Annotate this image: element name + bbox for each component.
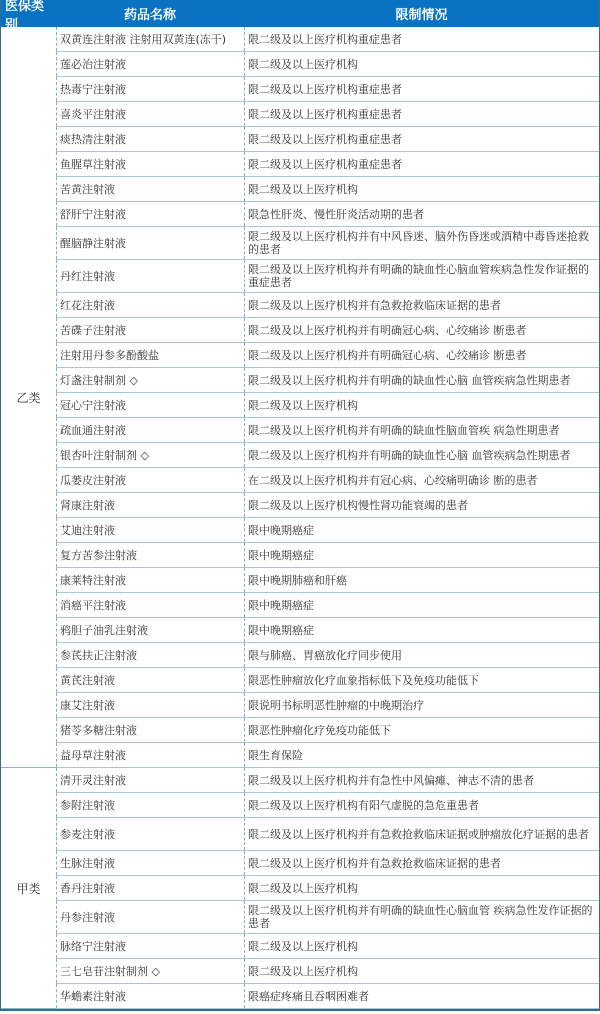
restriction-cell: 限中晚期癌症 [244,618,599,642]
table-body: 乙类甲类双黄连注射液 注射用双黄连(冻干)限二级及以上医疗机构重症患者莲必治注射… [1,27,599,1009]
restriction-cell: 限癌症疼痛且吞咽困难者 [244,984,599,1008]
table-row: 益母草注射液限生育保险 [56,743,599,768]
restriction-cell: 限中晚期癌症 [244,593,599,617]
drug-name-cell: 参附注射液 [56,793,244,817]
drug-name-cell: 康莱特注射液 [56,568,244,592]
table-row: 热毒宁注射液限二级及以上医疗机构重症患者 [56,77,599,102]
restriction-cell: 限二级及以上医疗机构 [244,959,599,983]
header-drug-name: 药品名称 [56,4,244,23]
drug-name-cell: 舒肝宁注射液 [56,202,244,226]
restriction-cell: 限二级及以上医疗机构并有急救抢救临床证据的患者 [244,851,599,875]
table-row: 华蟾素注射液限癌症疼痛且吞咽困难者 [56,984,599,1009]
table-row: 苦黄注射液限二级及以上医疗机构 [56,177,599,202]
table-row: 猪苓多糖注射液限恶性肿瘤化疗免疫功能低下 [56,718,599,743]
table-row: 康莱特注射液限中晚期肺癌和肝癌 [56,568,599,593]
drug-name-cell: 醒脑静注射液 [56,227,244,259]
table-row: 三七皂苷注射制剂 ◇限二级及以上医疗机构 [56,959,599,984]
drug-name-cell: 生脉注射液 [56,851,244,875]
table-row: 脉络宁注射液限二级及以上医疗机构 [56,934,599,959]
table-header: 医保类别 药品名称 限制情况 [1,0,599,27]
drug-name-cell: 参麦注射液 [56,818,244,850]
category-cell: 乙类 [1,27,56,768]
restriction-cell: 限二级及以上医疗机构并有急救抢救临床证据或肿瘤放化疗证据的患者 [244,818,599,850]
drug-name-cell: 肾康注射液 [56,493,244,517]
drug-name-cell: 热毒宁注射液 [56,77,244,101]
restriction-cell: 限中晚期肺癌和肝癌 [244,568,599,592]
drug-name-cell: 清开灵注射液 [56,768,244,792]
drug-restriction-table: 医保类别 药品名称 限制情况 乙类甲类双黄连注射液 注射用双黄连(冻干)限二级及… [0,0,600,1011]
restriction-cell: 限二级及以上医疗机构并有明确的缺血性心脑血管 疾病急性发作证据的患者 [244,901,599,933]
restriction-cell: 限二级及以上医疗机构 [244,52,599,76]
restriction-cell: 限二级及以上医疗机构 [244,934,599,958]
table-row: 参芪扶正注射液限与肺癌、胃癌放化疗同步使用 [56,643,599,668]
drug-name-cell: 康艾注射液 [56,693,244,717]
table-row: 痰热清注射液限二级及以上医疗机构重症患者 [56,127,599,152]
restriction-cell: 在二级及以上医疗机构并有冠心病、心绞痛明确诊 断的患者 [244,468,599,492]
table-row: 银杏叶注射制剂 ◇限二级及以上医疗机构并有明确的缺血性心脑 血管疾病急性期患者 [56,443,599,468]
table-row: 莲必治注射液限二级及以上医疗机构 [56,52,599,77]
header-restriction: 限制情况 [244,4,599,23]
restriction-cell: 限说明书标明恶性肿瘤的中晚期治疗 [244,693,599,717]
restriction-cell: 限二级及以上医疗机构并有明确的缺血性心脑 血管疾病急性期患者 [244,368,599,392]
table-row: 消癌平注射液限中晚期癌症 [56,593,599,618]
table-row: 苦碟子注射液限二级及以上医疗机构并有明确冠心病、心绞痛诊 断患者 [56,318,599,343]
restriction-cell: 限二级及以上医疗机构并有明确冠心病、心绞痛诊 断患者 [244,343,599,367]
drug-name-cell: 丹参注射液 [56,901,244,933]
restriction-cell: 限二级及以上医疗机构并有明确冠心病、心绞痛诊 断患者 [244,318,599,342]
drug-name-cell: 鱼腥草注射液 [56,152,244,176]
table-row: 红花注射液限二级及以上医疗机构并有急救抢救临床证据的患者 [56,293,599,318]
restriction-cell: 限恶性肿瘤放化疗血象指标低下及免疫功能低下 [244,668,599,692]
restriction-cell: 限二级及以上医疗机构并有明确的缺血性心脑 血管疾病急性期患者 [244,443,599,467]
drug-name-cell: 喜炎平注射液 [56,102,244,126]
drug-name-cell: 注射用丹参多酚酸盐 [56,343,244,367]
table-row: 生脉注射液限二级及以上医疗机构并有急救抢救临床证据的患者 [56,851,599,876]
restriction-cell: 限中晚期癌症 [244,543,599,567]
drug-name-cell: 消癌平注射液 [56,593,244,617]
restriction-cell: 限二级及以上医疗机构并有明确的缺血性心脑血管疾病急性发作证据的重症患者 [244,260,599,292]
table-row: 舒肝宁注射液限急性肝炎、慢性肝炎活动期的患者 [56,202,599,227]
table-row: 醒脑静注射液限二级及以上医疗机构并有中风昏迷、脑外伤昏迷或酒精中毒昏迷抢救的患者 [56,227,599,260]
table-row: 冠心宁注射液限二级及以上医疗机构 [56,393,599,418]
table-row: 参附注射液限二级及以上医疗机构有阳气虚脱的急危重患者 [56,793,599,818]
drug-name-cell: 益母草注射液 [56,743,244,767]
table-row: 双黄连注射液 注射用双黄连(冻干)限二级及以上医疗机构重症患者 [56,27,599,52]
drug-name-cell: 瓜蒌皮注射液 [56,468,244,492]
category-cell: 甲类 [1,768,56,1009]
drug-name-cell: 苦碟子注射液 [56,318,244,342]
table-row: 鸦胆子油乳注射液限中晚期癌症 [56,618,599,643]
drug-name-cell: 银杏叶注射制剂 ◇ [56,443,244,467]
table-row: 清开灵注射液限二级及以上医疗机构并有急性中风偏瘫、神志不清的患者 [56,768,599,793]
drug-name-cell: 双黄连注射液 注射用双黄连(冻干) [56,27,244,51]
rows-column: 双黄连注射液 注射用双黄连(冻干)限二级及以上医疗机构重症患者莲必治注射液限二级… [56,27,599,1009]
restriction-cell: 限二级及以上医疗机构重症患者 [244,152,599,176]
restriction-cell: 限二级及以上医疗机构 [244,393,599,417]
restriction-cell: 限生育保险 [244,743,599,767]
table-row: 鱼腥草注射液限二级及以上医疗机构重症患者 [56,152,599,177]
table-row: 疏血通注射液限二级及以上医疗机构并有明确的缺血性脑血管疾 病急性期患者 [56,418,599,443]
drug-name-cell: 疏血通注射液 [56,418,244,442]
drug-name-cell: 鸦胆子油乳注射液 [56,618,244,642]
table-row: 复方苦参注射液限中晚期癌症 [56,543,599,568]
table-row: 黄芪注射液限恶性肿瘤放化疗血象指标低下及免疫功能低下 [56,668,599,693]
drug-name-cell: 猪苓多糖注射液 [56,718,244,742]
table-row: 艾迪注射液限中晚期癌症 [56,518,599,543]
restriction-cell: 限二级及以上医疗机构并有急救抢救临床证据的患者 [244,293,599,317]
table-row: 香丹注射液限二级及以上医疗机构 [56,876,599,901]
table-row: 肾康注射液限二级及以上医疗机构慢性肾功能衰竭的患者 [56,493,599,518]
restriction-cell: 限急性肝炎、慢性肝炎活动期的患者 [244,202,599,226]
drug-name-cell: 苦黄注射液 [56,177,244,201]
table-row: 喜炎平注射液限二级及以上医疗机构重症患者 [56,102,599,127]
drug-name-cell: 香丹注射液 [56,876,244,900]
table-row: 瓜蒌皮注射液在二级及以上医疗机构并有冠心病、心绞痛明确诊 断的患者 [56,468,599,493]
restriction-cell: 限二级及以上医疗机构并有急性中风偏瘫、神志不清的患者 [244,768,599,792]
drug-name-cell: 莲必治注射液 [56,52,244,76]
restriction-cell: 限二级及以上医疗机构 [244,876,599,900]
drug-name-cell: 痰热清注射液 [56,127,244,151]
restriction-cell: 限二级及以上医疗机构并有中风昏迷、脑外伤昏迷或酒精中毒昏迷抢救的患者 [244,227,599,259]
table-row: 注射用丹参多酚酸盐限二级及以上医疗机构并有明确冠心病、心绞痛诊 断患者 [56,343,599,368]
restriction-cell: 限二级及以上医疗机构 [244,177,599,201]
restriction-cell: 限二级及以上医疗机构有阳气虚脱的急危重患者 [244,793,599,817]
restriction-cell: 限二级及以上医疗机构重症患者 [244,102,599,126]
restriction-cell: 限二级及以上医疗机构重症患者 [244,127,599,151]
restriction-cell: 限恶性肿瘤化疗免疫功能低下 [244,718,599,742]
table-row: 康艾注射液限说明书标明恶性肿瘤的中晚期治疗 [56,693,599,718]
drug-name-cell: 丹红注射液 [56,260,244,292]
drug-name-cell: 华蟾素注射液 [56,984,244,1008]
drug-name-cell: 黄芪注射液 [56,668,244,692]
drug-name-cell: 灯盏注射制剂 ◇ [56,368,244,392]
drug-name-cell: 三七皂苷注射制剂 ◇ [56,959,244,983]
drug-name-cell: 复方苦参注射液 [56,543,244,567]
drug-name-cell: 参芪扶正注射液 [56,643,244,667]
category-column: 乙类甲类 [1,27,56,1009]
table-row: 灯盏注射制剂 ◇限二级及以上医疗机构并有明确的缺血性心脑 血管疾病急性期患者 [56,368,599,393]
drug-name-cell: 红花注射液 [56,293,244,317]
category-group: 清开灵注射液限二级及以上医疗机构并有急性中风偏瘫、神志不清的患者参附注射液限二级… [56,768,599,1009]
drug-name-cell: 冠心宁注射液 [56,393,244,417]
table-row: 丹参注射液限二级及以上医疗机构并有明确的缺血性心脑血管 疾病急性发作证据的患者 [56,901,599,934]
restriction-cell: 限与肺癌、胃癌放化疗同步使用 [244,643,599,667]
table-row: 参麦注射液限二级及以上医疗机构并有急救抢救临床证据或肿瘤放化疗证据的患者 [56,818,599,851]
restriction-cell: 限二级及以上医疗机构并有明确的缺血性脑血管疾 病急性期患者 [244,418,599,442]
drug-name-cell: 艾迪注射液 [56,518,244,542]
restriction-cell: 限二级及以上医疗机构重症患者 [244,27,599,51]
drug-name-cell: 脉络宁注射液 [56,934,244,958]
category-group: 双黄连注射液 注射用双黄连(冻干)限二级及以上医疗机构重症患者莲必治注射液限二级… [56,27,599,768]
restriction-cell: 限中晚期癌症 [244,518,599,542]
restriction-cell: 限二级及以上医疗机构重症患者 [244,77,599,101]
restriction-cell: 限二级及以上医疗机构慢性肾功能衰竭的患者 [244,493,599,517]
table-row: 丹红注射液限二级及以上医疗机构并有明确的缺血性心脑血管疾病急性发作证据的重症患者 [56,260,599,293]
